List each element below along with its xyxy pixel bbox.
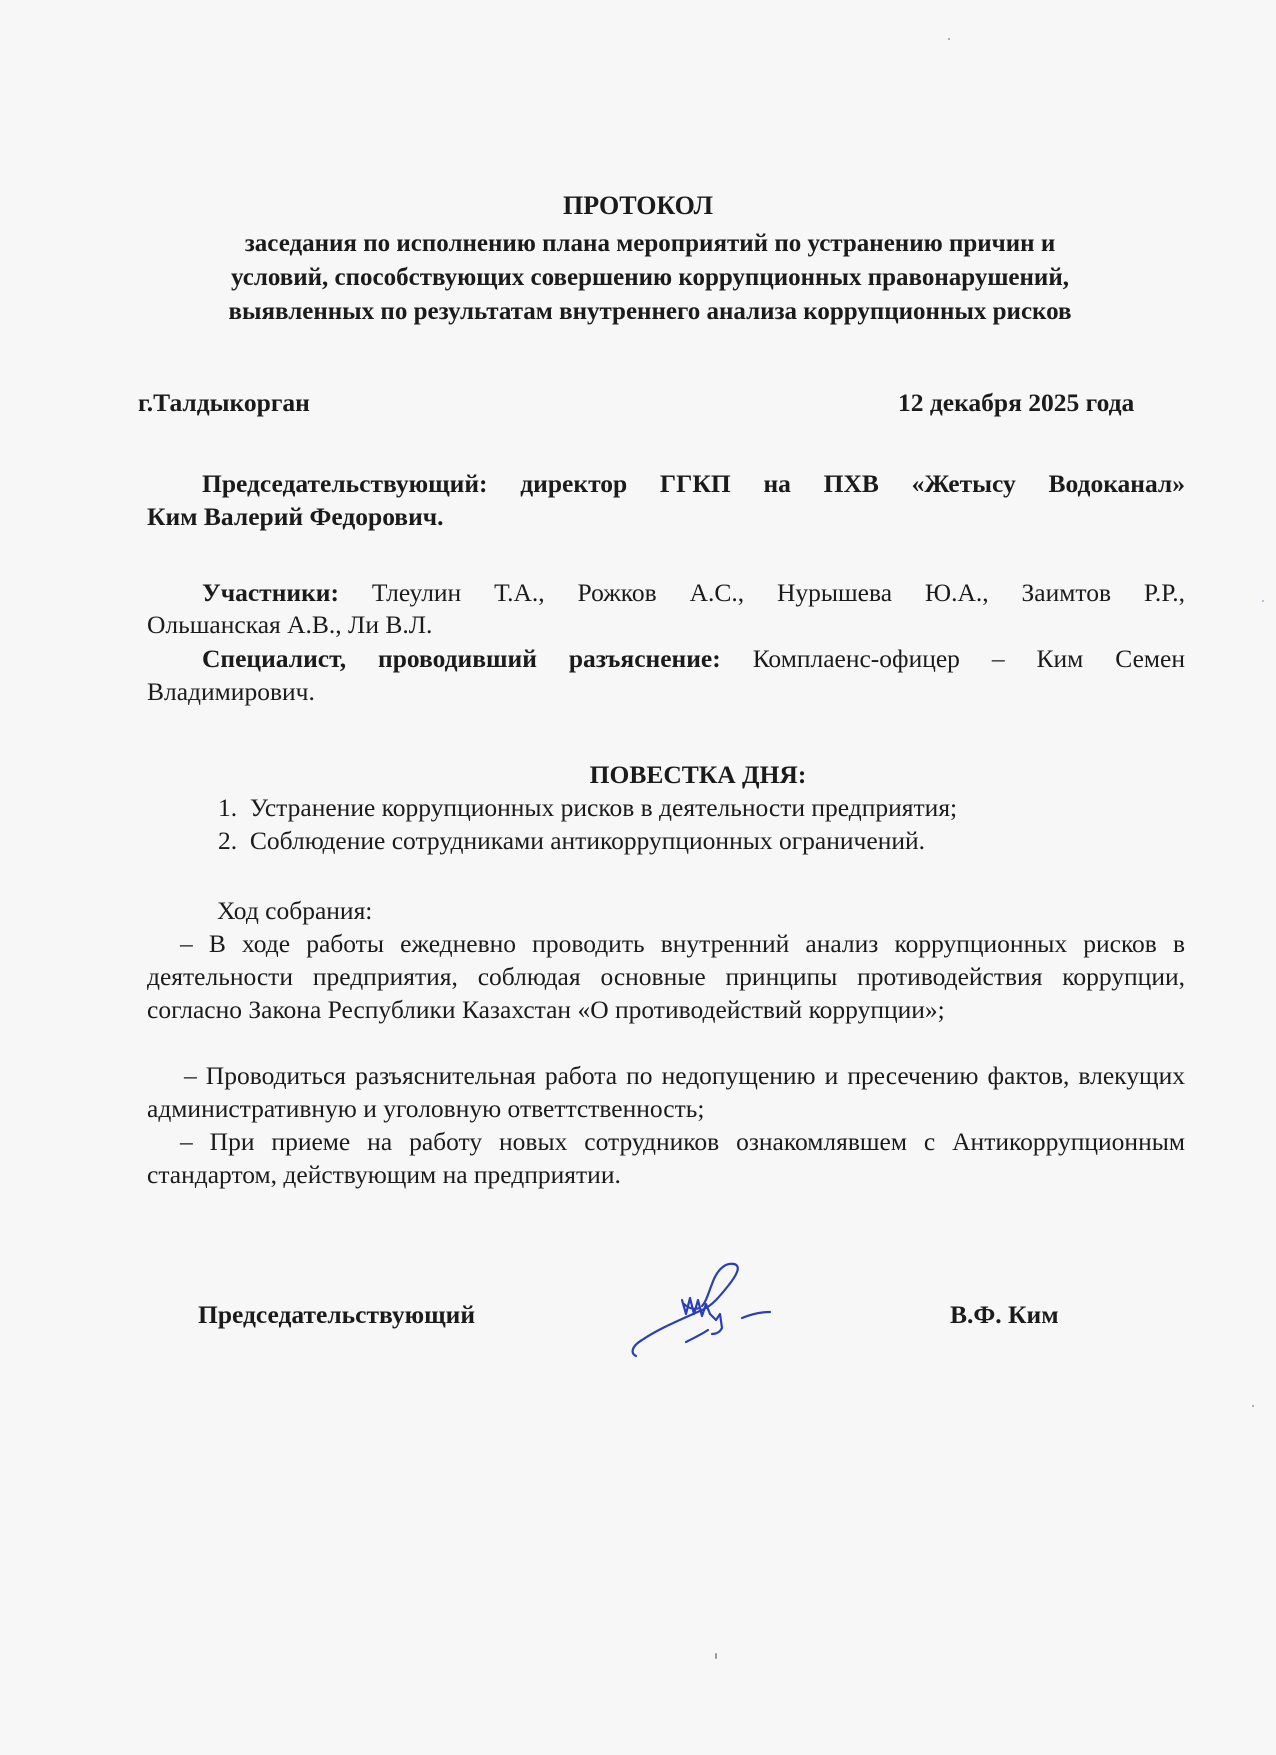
city: г.Талдыкорган xyxy=(138,386,310,420)
agenda-title: ПОВЕСТКА ДНЯ: xyxy=(60,760,1276,790)
participants-line-2: Ольшанская А.В., Ли В.Л. xyxy=(147,608,432,642)
proceedings-heading: Ход собрания: xyxy=(217,894,372,928)
participants-line-1: Участники: Тлеулин Т.А., Рожков А.С., Ну… xyxy=(147,576,1185,610)
scan-speck xyxy=(715,1653,717,1659)
signoff-role: Председательствующий xyxy=(198,1298,475,1332)
scan-speck xyxy=(948,38,950,40)
scan-speck xyxy=(1252,1405,1254,1407)
signoff-name: В.Ф. Ким xyxy=(950,1298,1059,1332)
proceedings-item: – При приеме на работу новых сотрудников… xyxy=(147,1125,1185,1191)
specialist-label: Специалист, проводивший разъяснение: xyxy=(202,644,721,673)
chairman-label: Председательствующий: xyxy=(202,469,488,498)
participants-text: Тлеулин Т.А., Рожков А.С., Нурышева Ю.А.… xyxy=(372,578,1185,607)
chairman-line-1: Председательствующий: директор ГГКП на П… xyxy=(147,467,1185,501)
specialist-line-1: Специалист, проводивший разъяснение: Ком… xyxy=(147,642,1185,676)
proceedings-item: – Проводиться разъяснительная работа по … xyxy=(147,1059,1185,1125)
agenda-item: 2. Соблюдение сотрудниками антикоррупцио… xyxy=(218,824,925,858)
participants-label: Участники: xyxy=(202,578,339,607)
document-subtitle: заседания по исполнению плана мероприяти… xyxy=(150,227,1150,329)
agenda-item: 1. Устранение коррупционных рисков в дея… xyxy=(218,791,957,825)
subtitle-line: условий, способствующих совершению корру… xyxy=(150,261,1150,295)
subtitle-line: заседания по исполнению плана мероприяти… xyxy=(150,227,1150,261)
document-title: ПРОТОКОЛ xyxy=(0,191,1276,221)
specialist-line-2: Владимирович. xyxy=(147,675,315,709)
signature-icon xyxy=(620,1258,790,1368)
chairman-name: Ким Валерий Федорович. xyxy=(147,500,444,534)
subtitle-line: выявленных по результатам внутреннего ан… xyxy=(150,295,1150,329)
document-page: ПРОТОКОЛ заседания по исполнению плана м… xyxy=(0,0,1276,1755)
proceedings-item: – В ходе работы ежедневно проводить внут… xyxy=(147,927,1185,1026)
scan-speck xyxy=(1262,600,1264,602)
chairman-text: директор ГГКП на ПХВ «Жетысу Водоканал» xyxy=(520,469,1185,498)
specialist-text: Комплаенс-офицер – Ким Семен xyxy=(753,644,1185,673)
date: 12 декабря 2025 года xyxy=(898,386,1134,420)
